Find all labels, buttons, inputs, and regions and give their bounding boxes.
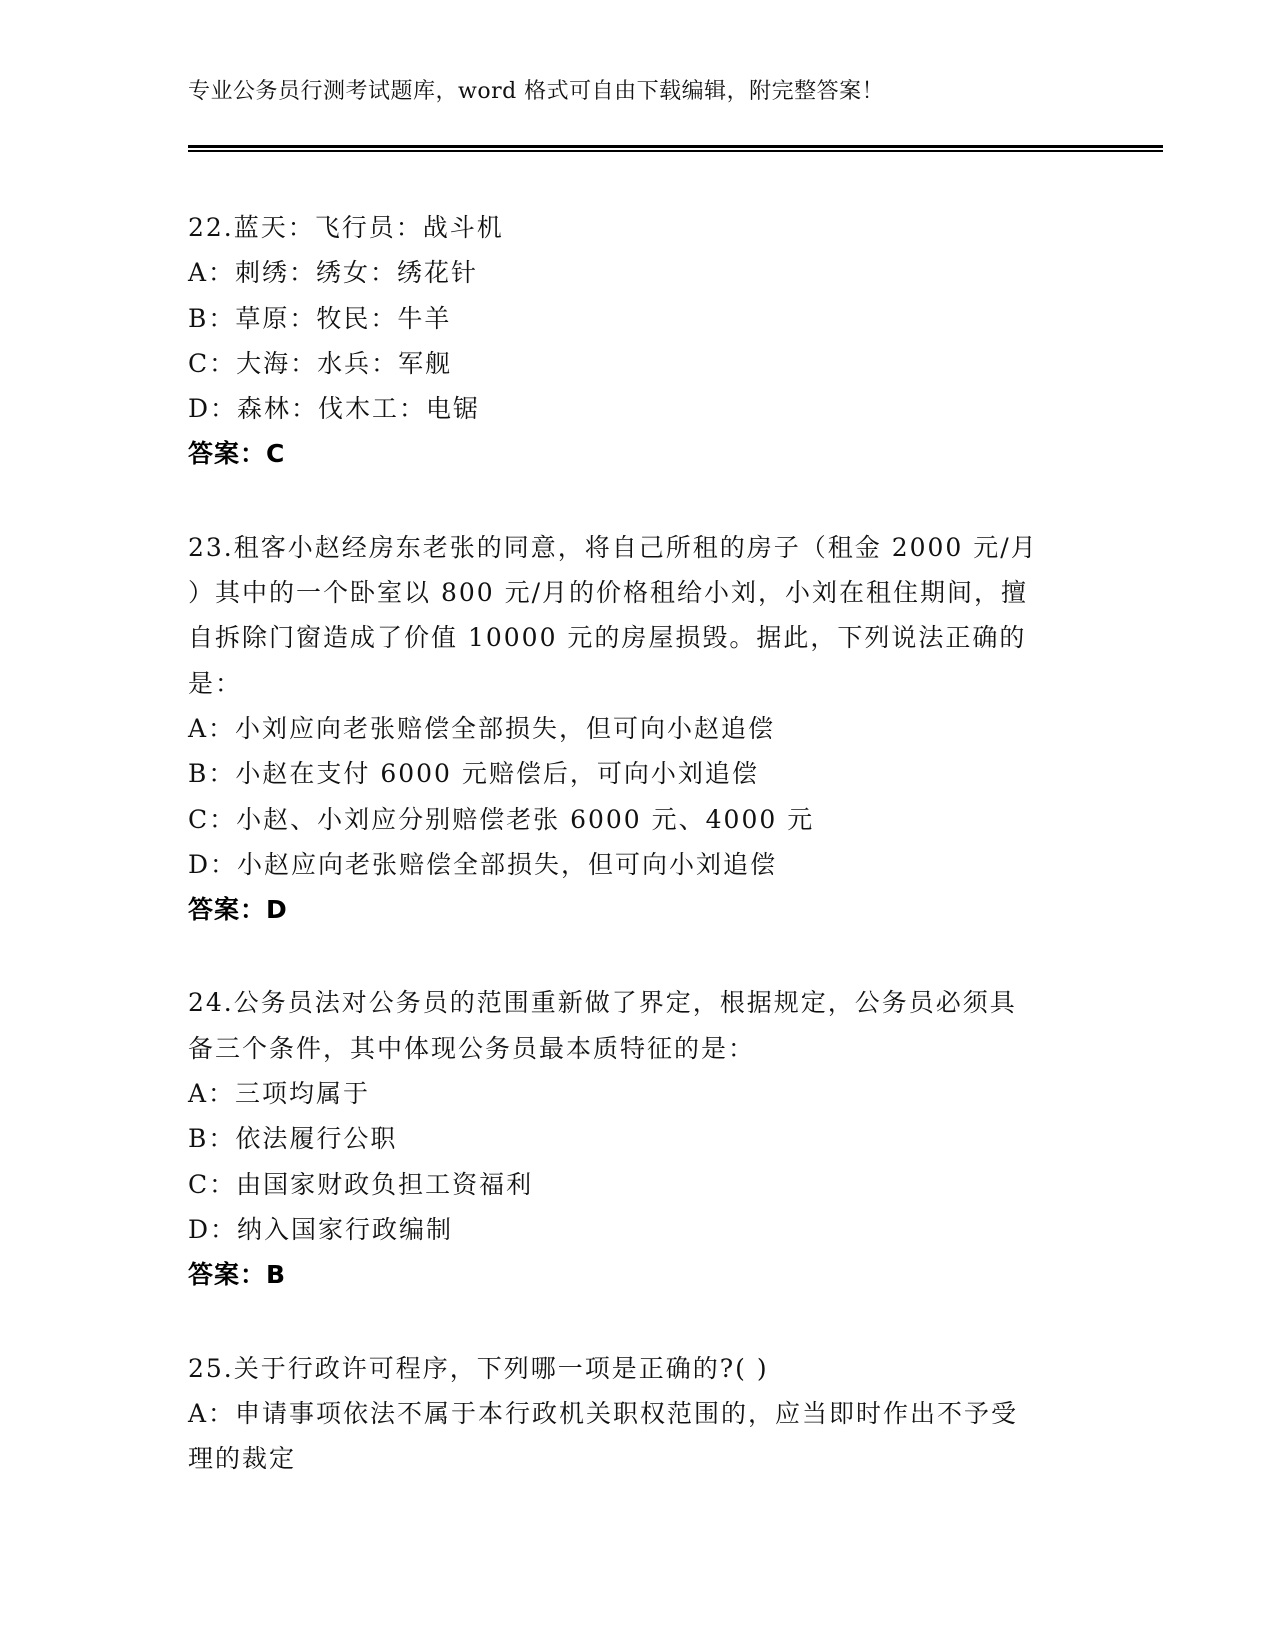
- option-a: A：刺绣：绣女：绣花针: [188, 250, 1078, 295]
- option-b: B：依法履行公职: [188, 1116, 1078, 1161]
- header-double-rule: [188, 145, 1163, 153]
- answer-key: 答案：B: [188, 1252, 1078, 1297]
- option-b: B：草原：牧民：牛羊: [188, 296, 1078, 341]
- question-stem-continued: 备三个条件，其中体现公务员最本质特征的是：: [188, 1026, 1078, 1071]
- question-list: 22.蓝天：飞行员：战斗机 A：刺绣：绣女：绣花针 B：草原：牧民：牛羊 C：大…: [188, 205, 1078, 1529]
- header-note: 专业公务员行测考试题库，word 格式可自由下载编辑，附完整答案！: [188, 76, 884, 108]
- option-a: A：三项均属于: [188, 1071, 1078, 1116]
- option-c: C：由国家财政负担工资福利: [188, 1162, 1078, 1207]
- option-d: D：纳入国家行政编制: [188, 1207, 1078, 1252]
- question-stem: 23.租客小赵经房东老张的同意，将自己所租的房子（租金 2000 元/月: [188, 525, 1078, 570]
- answer-key: 答案：C: [188, 431, 1078, 476]
- question-stem: 22.蓝天：飞行员：战斗机: [188, 205, 1078, 250]
- question-stem: 25.关于行政许可程序，下列哪一项是正确的?( ): [188, 1346, 1078, 1391]
- question-stem-continued: ）其中的一个卧室以 800 元/月的价格租给小刘，小刘在租住期间，擅: [188, 570, 1078, 615]
- question-23: 23.租客小赵经房东老张的同意，将自己所租的房子（租金 2000 元/月 ）其中…: [188, 525, 1078, 933]
- option-d: D：森林：伐木工：电锯: [188, 386, 1078, 431]
- document-page: 专业公务员行测考试题库，word 格式可自由下载编辑，附完整答案！ 22.蓝天：…: [0, 0, 1275, 1650]
- question-22: 22.蓝天：飞行员：战斗机 A：刺绣：绣女：绣花针 B：草原：牧民：牛羊 C：大…: [188, 205, 1078, 477]
- option-a: A：申请事项依法不属于本行政机关职权范围的，应当即时作出不予受: [188, 1391, 1078, 1436]
- option-c: C：大海：水兵：军舰: [188, 341, 1078, 386]
- option-a: A：小刘应向老张赔偿全部损失，但可向小赵追偿: [188, 706, 1078, 751]
- question-stem: 24.公务员法对公务员的范围重新做了界定，根据规定，公务员必须具: [188, 980, 1078, 1025]
- option-a-continued: 理的裁定: [188, 1436, 1078, 1481]
- option-c: C：小赵、小刘应分别赔偿老张 6000 元、4000 元: [188, 797, 1078, 842]
- question-stem-continued: 是：: [188, 661, 1078, 706]
- option-b: B：小赵在支付 6000 元赔偿后，可向小刘追偿: [188, 751, 1078, 796]
- answer-key: 答案：D: [188, 887, 1078, 932]
- question-24: 24.公务员法对公务员的范围重新做了界定，根据规定，公务员必须具 备三个条件，其…: [188, 980, 1078, 1297]
- header-rule-thick: [188, 145, 1163, 148]
- option-d: D：小赵应向老张赔偿全部损失，但可向小刘追偿: [188, 842, 1078, 887]
- header-rule-thin: [188, 150, 1163, 152]
- question-stem-continued: 自拆除门窗造成了价值 10000 元的房屋损毁。据此，下列说法正确的: [188, 615, 1078, 660]
- question-25: 25.关于行政许可程序，下列哪一项是正确的?( ) A：申请事项依法不属于本行政…: [188, 1346, 1078, 1482]
